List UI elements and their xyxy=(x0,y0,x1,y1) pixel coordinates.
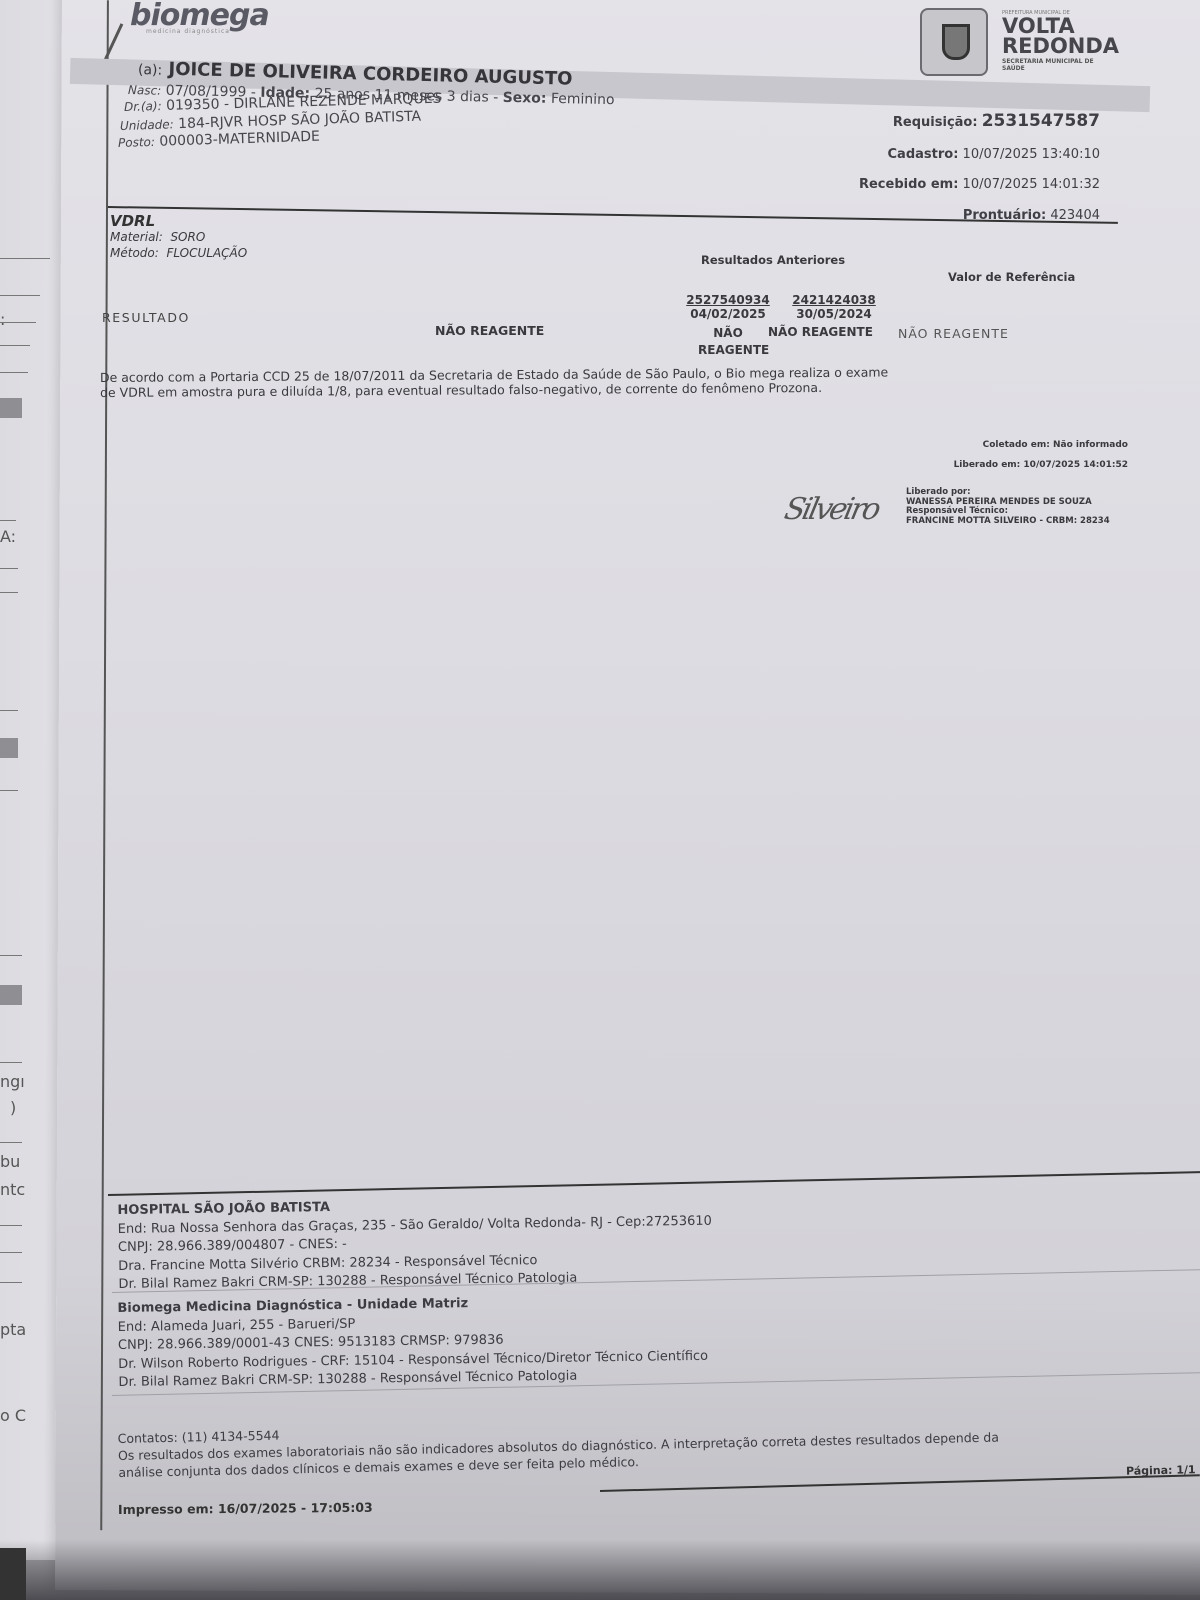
municipality-subtitle: SECRETARIA MUNICIPAL DE SAÚDE xyxy=(1002,58,1112,72)
underlying-rule xyxy=(0,592,18,593)
signature: Silveiro xyxy=(781,492,881,527)
previous-result-1: 2527540934 04/02/2025 NÃO REAGENTE xyxy=(683,293,773,359)
reference-header: Valor de Referência xyxy=(948,270,1075,284)
received-label: Recebido em: xyxy=(859,177,958,192)
underlying-text: pta xyxy=(0,1320,26,1339)
underlying-rule xyxy=(0,955,22,956)
underlying-rule xyxy=(0,710,18,711)
previous-result-value: NÃO REAGENTE xyxy=(698,325,758,359)
underlying-rule xyxy=(0,568,18,569)
volta-redonda-logo: PREFEITURA MUNICIPAL DE VOLTA REDONDA SE… xyxy=(920,8,1120,78)
released-date: Liberado em: 10/07/2025 14:01:52 xyxy=(954,460,1128,470)
previous-result-date: 30/05/2024 xyxy=(789,307,879,321)
cadastro-value: 10/07/2025 13:40:10 xyxy=(963,147,1100,162)
hospital-info: HOSPITAL SÃO JOÃO BATISTA End: Rua Nossa… xyxy=(117,1194,712,1295)
exam-method: Método: FLOCULAÇÃO xyxy=(110,246,247,260)
material-label: Material: xyxy=(110,230,163,244)
previous-result-id: 2527540934 xyxy=(683,293,773,307)
reference-value: NÃO REAGENTE xyxy=(898,326,1009,341)
underlying-text: ) xyxy=(10,1098,16,1117)
previous-result-id: 2421424038 xyxy=(789,293,879,307)
method-note: De acordo com a Portaria CCD 25 de 18/07… xyxy=(100,364,900,400)
underlying-block xyxy=(0,738,18,758)
patient-name-label: (a): xyxy=(138,62,163,79)
biomega-logo-subtitle: medicina diagnóstica xyxy=(146,28,230,35)
underlying-text: A: xyxy=(0,527,16,546)
release-signers: Liberado por: WANESSA PEREIRA MENDES DE … xyxy=(906,488,1110,526)
technician-name: FRANCINE MOTTA SILVEIRO - CRBM: 28234 xyxy=(906,517,1110,527)
requisition-value: 2531547587 xyxy=(982,111,1100,131)
underlying-rule xyxy=(0,1062,22,1063)
underlying-rule xyxy=(0,258,50,259)
municipality-title-line2: REDONDA xyxy=(1002,36,1119,56)
result-label: RESULTADO xyxy=(102,310,190,325)
doctor-label: Dr.(a): xyxy=(124,99,162,114)
underlying-rule xyxy=(0,520,16,521)
material-value: SORO xyxy=(170,230,205,244)
municipality-title-line1: VOLTA xyxy=(1002,16,1119,36)
exam-material: Material: SORO xyxy=(110,230,205,244)
sex-value: Feminino xyxy=(551,91,615,108)
underlying-block xyxy=(0,398,22,418)
biomega-info: Biomega Medicina Diagnóstica - Unidade M… xyxy=(117,1292,708,1393)
previous-result-2-value: NÃO REAGENTE xyxy=(768,325,873,339)
cadastro-date: Cadastro: 10/07/2025 13:40:10 xyxy=(888,147,1100,162)
received-date: Recebido em: 10/07/2025 14:01:32 xyxy=(859,177,1100,192)
table-corner xyxy=(0,1548,26,1600)
underlying-rule xyxy=(0,372,28,373)
method-value: FLOCULAÇÃO xyxy=(166,246,247,260)
received-value: 10/07/2025 14:01:32 xyxy=(963,177,1100,192)
printed-date: Impresso em: 16/07/2025 - 17:05:03 xyxy=(118,1500,373,1517)
underlying-rule xyxy=(0,295,40,296)
underlying-rule xyxy=(0,1282,22,1283)
underlying-rule xyxy=(0,790,18,791)
cadastro-label: Cadastro: xyxy=(888,147,959,162)
underlying-rule xyxy=(0,1252,22,1253)
underlying-rule xyxy=(0,1142,22,1143)
underlying-block xyxy=(0,985,22,1005)
table-shadow xyxy=(0,1540,1200,1600)
result-value: NÃO REAGENTE xyxy=(435,323,544,338)
collected-date: Coletado em: Não informado xyxy=(983,440,1128,450)
underlying-text: bu xyxy=(0,1152,20,1171)
underlying-text: ntc xyxy=(0,1180,25,1199)
underlying-rule xyxy=(0,322,36,323)
requisition-label: Requisição: xyxy=(893,115,978,130)
municipality-title: VOLTA REDONDA xyxy=(1002,16,1119,56)
coat-of-arms-icon xyxy=(920,8,988,76)
previous-result-date: 04/02/2025 xyxy=(683,307,773,321)
underlying-rule xyxy=(0,1225,22,1226)
unit-label: Unidade: xyxy=(120,117,174,133)
birth-label: Nasc: xyxy=(128,83,162,98)
post-label: Posto: xyxy=(118,135,155,150)
requisition-number: Requisição: 2531547587 xyxy=(893,111,1100,131)
underlying-rule xyxy=(0,345,30,346)
underlying-text: o C xyxy=(0,1406,26,1425)
exam-title: VDRL xyxy=(110,212,155,230)
method-label: Método: xyxy=(110,246,159,260)
previous-results-header: Resultados Anteriores xyxy=(701,253,845,267)
underlying-text: ngı xyxy=(0,1072,25,1091)
previous-result-2: 2421424038 30/05/2024 xyxy=(789,293,879,321)
underlying-text: : xyxy=(0,310,5,329)
sex-label: Sexo: xyxy=(503,90,547,107)
